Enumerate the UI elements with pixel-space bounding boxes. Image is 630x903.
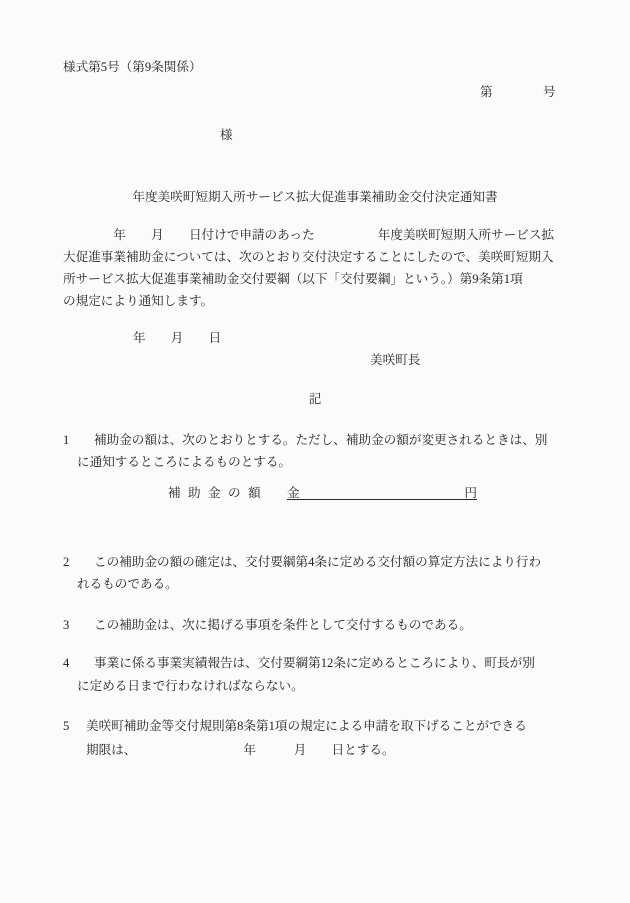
item-5-line-1: 美咲町補助金等交付規則第8条第1項の規定による申請を取下げることができる	[86, 719, 527, 735]
item-2-number: 2	[63, 555, 69, 571]
item-1-number: 1	[63, 433, 69, 449]
document-number-line: 第 号	[480, 85, 556, 101]
body-paragraph-line-3: 所サービス拡大促進事業補助金交付要綱（以下「交付要綱」という。）第9条第1項	[63, 272, 523, 294]
subsidy-amount-label: 補助金の額	[168, 486, 268, 502]
item-5-line-2: 期限は、 年 月 日とする。	[86, 743, 395, 759]
currency-prefix: 金	[287, 486, 300, 502]
item-3-line-1: この補助金は、次に掲げる事項を条件として交付するものである。	[94, 618, 472, 634]
addressee-suffix: 様	[220, 128, 233, 144]
item-1-line-2: に通知するところによるものとする。	[77, 455, 291, 471]
subsidy-amount-blank-field: 金 円	[287, 486, 477, 500]
item-5-number: 5	[63, 719, 69, 735]
issue-date-line: 年 月 日	[133, 331, 221, 347]
document-title: 年度美咲町短期入所サービス拡大促進事業補助金交付決定通知書	[0, 190, 630, 206]
item-2-line-2: れるものである。	[77, 577, 178, 593]
item-4-number: 4	[63, 656, 69, 672]
body-paragraph-line-2: 大促進事業補助金については、次のとおり交付決定することにしたので、美咲町短期入	[63, 250, 554, 272]
section-marker: 記	[0, 392, 630, 408]
currency-suffix: 円	[464, 486, 477, 502]
item-4-line-2: に定める日まで行わなければならない。	[77, 679, 304, 695]
item-3-number: 3	[63, 618, 69, 634]
item-4-line-1: 事業に係る事業実績報告は、交付要綱第12条に定めるところにより、町長が別	[94, 656, 535, 672]
form-number: 様式第5号（第9条関係）	[63, 60, 202, 76]
sender-name: 美咲町長	[370, 353, 420, 369]
item-1-line-1: 補助金の額は、次のとおりとする。ただし、補助金の額が変更されるときは、別	[94, 433, 547, 449]
document-page: 様式第5号（第9条関係） 第 号 様 年度美咲町短期入所サービス拡大促進事業補助…	[0, 0, 630, 903]
body-paragraph-line-1: 年 月 日付けで申請のあった 年度美咲町短期入所サービス拡	[63, 228, 554, 250]
body-paragraph-line-4: の規定により通知します。	[63, 294, 213, 316]
item-2-line-1: この補助金の額の確定は、交付要綱第4条に定める交付額の算定方法により行わ	[94, 555, 541, 571]
